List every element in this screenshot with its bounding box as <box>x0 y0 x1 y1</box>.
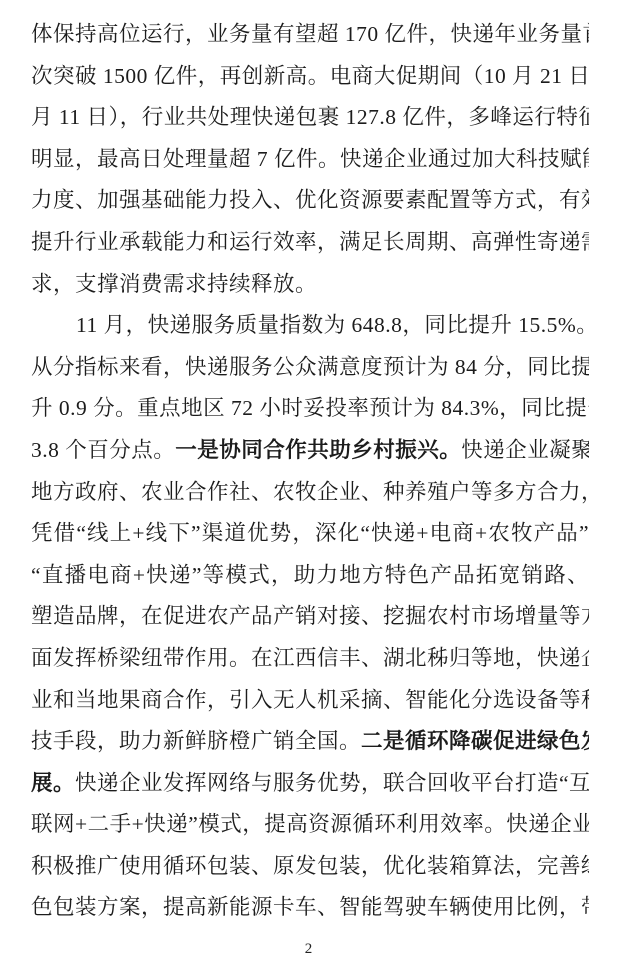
text-line: 求，支撑消费需求持续释放。 <box>31 264 589 306</box>
text-line: 积极推广使用循环包装、原发包装，优化装箱算法，完善绿 <box>31 846 589 888</box>
text-line: 月 11 日），行业共处理快递包裹 127.8 亿件，多峰运行特征 <box>31 97 589 139</box>
text-line: 技手段，助力新鲜脐橙广销全国。二是循环降碳促进绿色发 <box>31 721 589 763</box>
text-segment: 凭借“线上+线下”渠道优势，深化“快递+电商+农牧产品” <box>31 521 589 545</box>
text-segment: 快递企业凝聚 <box>461 438 589 462</box>
text-line: 地方政府、农业合作社、农牧企业、种养殖户等多方合力， <box>31 472 589 514</box>
text-segment: 提升行业承载能力和运行效率，满足长周期、高弹性寄递需 <box>31 230 589 254</box>
text-line: 3.8 个百分点。一是协同合作共助乡村振兴。快递企业凝聚 <box>31 430 589 472</box>
text-line: 联网+二手+快递”模式，提高资源循环利用效率。快递企业 <box>31 804 589 846</box>
text-segment: 月 11 日），行业共处理快递包裹 127.8 亿件，多峰运行特征 <box>31 105 589 129</box>
text-line: 业和当地果商合作，引入无人机采摘、智能化分选设备等科 <box>31 680 589 722</box>
text-segment: 3.8 个百分点。 <box>31 438 175 462</box>
text-line: “直播电商+快递”等模式，助力地方特色产品拓宽销路、 <box>31 555 589 597</box>
text-segment: 体保持高位运行，业务量有望超 170 亿件，快递年业务量首 <box>31 22 589 46</box>
text-segment: “直播电商+快递”等模式，助力地方特色产品拓宽销路、 <box>31 563 589 587</box>
text-segment: 升 0.9 分。重点地区 72 小时妥投率预计为 84.3%，同比提升 <box>31 396 589 420</box>
text-line: 升 0.9 分。重点地区 72 小时妥投率预计为 84.3%，同比提升 <box>31 388 589 430</box>
text-segment-bold: 展。 <box>31 771 75 795</box>
text-segment-bold: 一是协同合作共助乡村振兴。 <box>175 438 461 462</box>
text-segment: 积极推广使用循环包装、原发包装，优化装箱算法，完善绿 <box>31 854 589 878</box>
text-line: 凭借“线上+线下”渠道优势，深化“快递+电商+农牧产品” <box>31 513 589 555</box>
text-segment: 塑造品牌，在促进农产品产销对接、挖掘农村市场增量等方 <box>31 604 589 628</box>
text-segment: 色包装方案，提高新能源卡车、智能驾驶车辆使用比例，带 <box>31 895 589 919</box>
text-line: 塑造品牌，在促进农产品产销对接、挖掘农村市场增量等方 <box>31 596 589 638</box>
text-line: 面发挥桥梁纽带作用。在江西信丰、湖北秭归等地，快递企 <box>31 638 589 680</box>
text-line: 展。快递企业发挥网络与服务优势，联合回收平台打造“互 <box>31 763 589 805</box>
text-segment: 11 月，快递服务质量指数为 648.8，同比提升 15.5%。 <box>76 313 589 337</box>
page-number: 2 <box>0 938 617 960</box>
text-segment: 业和当地果商合作，引入无人机采摘、智能化分选设备等科 <box>31 688 589 712</box>
text-line: 色包装方案，提高新能源卡车、智能驾驶车辆使用比例，带 <box>31 887 589 929</box>
text-line: 11 月，快递服务质量指数为 648.8，同比提升 15.5%。 <box>31 305 589 347</box>
document-body: 体保持高位运行，业务量有望超 170 亿件，快递年业务量首次突破 1500 亿件… <box>31 14 589 929</box>
text-line: 明显，最高日处理量超 7 亿件。快递企业通过加大科技赋能 <box>31 139 589 181</box>
text-segment: 技手段，助力新鲜脐橙广销全国。 <box>31 729 361 753</box>
text-segment: 快递企业发挥网络与服务优势，联合回收平台打造“互 <box>75 771 589 795</box>
text-line: 力度、加强基础能力投入、优化资源要素配置等方式，有效 <box>31 180 589 222</box>
text-segment: 求，支撑消费需求持续释放。 <box>31 272 317 296</box>
text-segment-bold: 二是循环降碳促进绿色发 <box>361 729 589 753</box>
text-line: 体保持高位运行，业务量有望超 170 亿件，快递年业务量首 <box>31 14 589 56</box>
text-segment: 次突破 1500 亿件，再创新高。电商大促期间（10 月 21 日-11 <box>31 64 589 88</box>
document-page: 体保持高位运行，业务量有望超 170 亿件，快递年业务量首次突破 1500 亿件… <box>0 0 617 974</box>
text-segment: 地方政府、农业合作社、农牧企业、种养殖户等多方合力， <box>31 480 589 504</box>
text-segment: 力度、加强基础能力投入、优化资源要素配置等方式，有效 <box>31 188 589 212</box>
text-segment: 明显，最高日处理量超 7 亿件。快递企业通过加大科技赋能 <box>31 147 589 171</box>
text-segment: 面发挥桥梁纽带作用。在江西信丰、湖北秭归等地，快递企 <box>31 646 589 670</box>
text-segment: 联网+二手+快递”模式，提高资源循环利用效率。快递企业 <box>31 812 589 836</box>
text-line: 提升行业承载能力和运行效率，满足长周期、高弹性寄递需 <box>31 222 589 264</box>
text-line: 从分指标来看，快递服务公众满意度预计为 84 分，同比提 <box>31 347 589 389</box>
text-line: 次突破 1500 亿件，再创新高。电商大促期间（10 月 21 日-11 <box>31 56 589 98</box>
text-segment: 从分指标来看，快递服务公众满意度预计为 84 分，同比提 <box>31 355 589 379</box>
